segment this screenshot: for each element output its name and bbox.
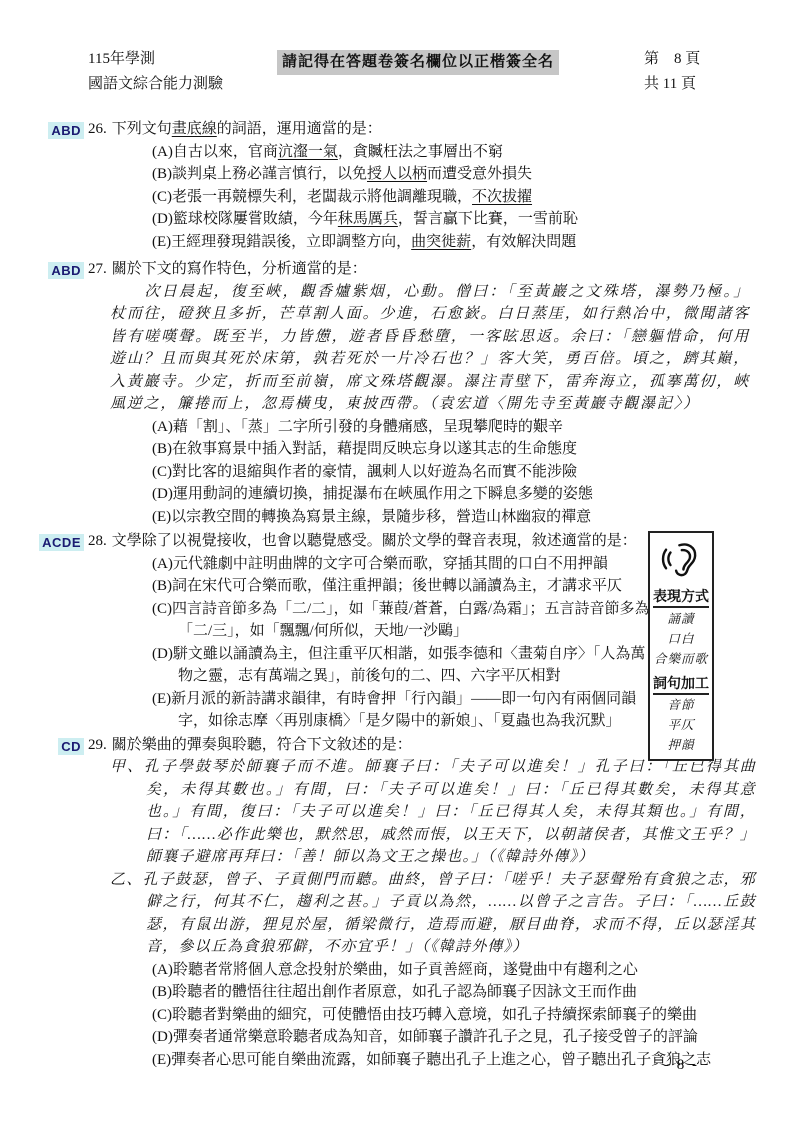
exam-id-block: 115年學測 國語文綜合能力測驗 bbox=[88, 47, 223, 97]
exam-subject: 國語文綜合能力測驗 bbox=[88, 72, 223, 97]
option-label: (B) bbox=[152, 441, 172, 457]
q28-option-d: (D)駢文雖以誦讀為主，但注重平仄相諧，如張李德和〈畫菊自序〉「人為萬物之靈，志… bbox=[152, 643, 652, 688]
box-title-expression: 表現方式 bbox=[653, 587, 709, 608]
q27-stem-text: 關於下文的寫作特色，分析適當的是： bbox=[112, 261, 367, 277]
q28-concept-box: 表現方式 誦讀 口白 合樂而歌 詞句加工 音節 平仄 押韻 bbox=[648, 531, 714, 761]
box-item: 平仄 bbox=[650, 715, 712, 735]
option-label: (D) bbox=[152, 486, 173, 502]
option-text: ，誓言贏下比賽，一雪前恥 bbox=[398, 211, 578, 227]
box-item: 音節 bbox=[650, 695, 712, 715]
q26-answer-badge: ABD bbox=[48, 122, 84, 139]
option-label: (A) bbox=[152, 419, 173, 435]
q27-option-b: (B)在敘事寫景中插入對話，藉提問反映忘身以遂其志的生命態度 bbox=[152, 438, 756, 461]
question-27: ABD 27.關於下文的寫作特色，分析適當的是： 次日晨起，復至峽，觀香爐紫烟，… bbox=[0, 258, 800, 528]
q29-option-c: (C)聆聽者對樂曲的細究，可使體悟由技巧轉入意境，如孔子持續探索師襄子的樂曲 bbox=[152, 1004, 756, 1027]
option-label: (D) bbox=[152, 211, 173, 227]
q26-stem: 26.下列文句畫底線的詞語，運用適當的是： bbox=[88, 118, 756, 141]
option-text: 元代雜劇中註明曲牌的文字可合樂而歌，穿插其間的口白不用押韻 bbox=[173, 556, 608, 572]
q29-answer-badge: CD bbox=[58, 738, 84, 755]
option-label: (D) bbox=[152, 1029, 173, 1045]
option-text: 藉「割」、「蒸」二字所引發的身體痛感，呈現攀爬時的艱辛 bbox=[173, 419, 563, 435]
option-label: (B) bbox=[152, 984, 172, 1000]
option-label: (A) bbox=[152, 556, 173, 572]
q26-option-b: (B)談判桌上務必謹言慎行，以免授人以柄而遭受意外損失 bbox=[152, 163, 756, 186]
exam-year: 115年學測 bbox=[88, 47, 223, 72]
option-label: (B) bbox=[152, 166, 172, 182]
option-text: 新月派的新詩講求韻律，有時會押「行內韻」——即一句內有兩個同韻字，如徐志摩〈再別… bbox=[171, 691, 636, 730]
question-29: CD 29.關於樂曲的彈奏與聆聽，符合下文敘述的是： 甲、孔子學鼓琴於師襄子而不… bbox=[0, 734, 800, 1072]
q26-number: 26. bbox=[88, 121, 107, 137]
option-text: 老張一再競標失利，老闆裁示將他調離現職， bbox=[172, 189, 472, 205]
question-26: ABD 26.下列文句畫底線的詞語，運用適當的是： (A)自古以來，官商沆瀣一氣… bbox=[0, 118, 800, 253]
option-label: (C) bbox=[152, 189, 172, 205]
option-text: 王經理發現錯誤後，立即調整方向， bbox=[171, 234, 411, 250]
option-text: 駢文雖以誦讀為主，但注重平仄相諧，如張李德和〈畫菊自序〉「人為萬物之靈，志有萬端… bbox=[173, 646, 646, 685]
q29-number: 29. bbox=[88, 737, 107, 753]
q26-stem-underlined: 畫底線 bbox=[172, 121, 217, 137]
option-label: (E) bbox=[152, 234, 171, 250]
q27-option-d: (D)運用動詞的連續切換，捕捉瀑布在峽風作用之下瞬息多變的姿態 bbox=[152, 483, 756, 506]
box-title-processing: 詞句加工 bbox=[653, 674, 709, 695]
q28-answer: ACDE bbox=[0, 532, 84, 555]
option-text: 聆聽者常將個人意念投射於樂曲，如子貢善經商，遂覺曲中有趨利之心 bbox=[173, 962, 638, 978]
option-text: 自古以來，官商 bbox=[173, 144, 278, 160]
q29-passage-yi: 乙、孔子鼓瑟，曾子、子貢側門而聽。曲終，曾子曰：「嗟乎！夫子瑟聲殆有貪狼之志，邪… bbox=[110, 869, 756, 959]
q27-options: (A)藉「割」、「蒸」二字所引發的身體痛感，呈現攀爬時的艱辛 (B)在敘事寫景中… bbox=[152, 416, 756, 529]
q27-answer-badge: ABD bbox=[48, 262, 84, 279]
option-underlined: 沆瀣一氣 bbox=[278, 144, 338, 160]
q27-answer: ABD bbox=[0, 260, 84, 283]
option-text: 籃球校隊屢嘗敗績，今年 bbox=[173, 211, 338, 227]
option-label: (B) bbox=[152, 578, 172, 594]
option-label: (E) bbox=[152, 1052, 171, 1068]
exam-page: 115年學測 國語文綜合能力測驗 請記得在答題卷簽名欄位以正楷簽全名 第 8 頁… bbox=[0, 0, 800, 1131]
option-text: ，貪贓枉法之事層出不窮 bbox=[338, 144, 503, 160]
option-label: (E) bbox=[152, 691, 171, 707]
option-text: 聆聽者的體悟往往超出創作者原意，如孔子認為師襄子因詠文王而作曲 bbox=[172, 984, 637, 1000]
signature-notice: 請記得在答題卷簽名欄位以正楷簽全名 bbox=[277, 50, 559, 75]
option-text: 對比客的退縮與作者的豪情，諷刺人以好遊為名而實不能涉險 bbox=[172, 464, 577, 480]
page-indicator: 第 8 頁 共 11 頁 bbox=[644, 47, 700, 97]
option-underlined: 秣馬厲兵 bbox=[338, 211, 398, 227]
q28-option-c: (C)四言詩音節多為「二/二」，如「蒹葭/蒼蒼，白露/為霜」；五言詩音節多為「二… bbox=[152, 598, 652, 643]
q28-answer-badge: ACDE bbox=[39, 534, 84, 551]
option-label: (C) bbox=[152, 1007, 172, 1023]
q27-stem: 27.關於下文的寫作特色，分析適當的是： bbox=[88, 258, 756, 281]
box-item: 誦讀 bbox=[650, 609, 712, 629]
q27-option-a: (A)藉「割」、「蒸」二字所引發的身體痛感，呈現攀爬時的艱辛 bbox=[152, 416, 756, 439]
q28-number: 28. bbox=[88, 533, 107, 549]
option-label: (C) bbox=[152, 464, 172, 480]
q27-number: 27. bbox=[88, 261, 107, 277]
q27-option-e: (E)以宗教空間的轉換為寫景主線，景隨步移，營造山林幽寂的禪意 bbox=[152, 506, 756, 529]
q27-option-c: (C)對比客的退縮與作者的豪情，諷刺人以好遊為名而實不能涉險 bbox=[152, 461, 756, 484]
q26-option-c: (C)老張一再競標失利，老闆裁示將他調離現職，不次拔擢 bbox=[152, 186, 756, 209]
option-label: (C) bbox=[152, 601, 172, 617]
option-label: (A) bbox=[152, 962, 173, 978]
q27-passage: 次日晨起，復至峽，觀香爐紫烟，心動。僧曰：「至黃巖之文殊塔，瀑勢乃極。」杖而往，… bbox=[110, 281, 750, 416]
option-text: 聆聽者對樂曲的細究，可使體悟由技巧轉入意境，如孔子持續探索師襄子的樂曲 bbox=[172, 1007, 697, 1023]
option-underlined: 授人以柄 bbox=[367, 166, 427, 182]
q26-stem-pre: 下列文句 bbox=[112, 121, 172, 137]
q26-options: (A)自古以來，官商沆瀣一氣，貪贓枉法之事層出不窮 (B)談判桌上務必謹言慎行，… bbox=[152, 141, 756, 254]
option-text: 談判桌上務必謹言慎行，以免 bbox=[172, 166, 367, 182]
option-text: ，有效解決問題 bbox=[471, 234, 576, 250]
q28-option-e: (E)新月派的新詩講求韻律，有時會押「行內韻」——即一句內有兩個同韻字，如徐志摩… bbox=[152, 688, 652, 733]
option-text: 運用動詞的連續切換，捕捉瀑布在峽風作用之下瞬息多變的姿態 bbox=[173, 486, 593, 502]
option-text: 而遭受意外損失 bbox=[427, 166, 532, 182]
option-text: 彈奏者心思可能自樂曲流露，如師襄子聽出孔子上進之心，曾子聽出孔子貪狼之志 bbox=[171, 1052, 711, 1068]
box-item: 合樂而歌 bbox=[650, 649, 712, 669]
q28-option-b: (B)詞在宋代可合樂而歌，僅注重押韻；後世轉以誦讀為主，才講求平仄 bbox=[152, 575, 652, 598]
q26-answer: ABD bbox=[0, 120, 84, 143]
option-text: 彈奏者通常樂意聆聽者成為知音，如師襄子讚許孔子之見，孔子接受曾子的評論 bbox=[173, 1029, 698, 1045]
q29-answer: CD bbox=[0, 736, 84, 759]
q26-option-d: (D)籃球校隊屢嘗敗績，今年秣馬厲兵，誓言贏下比賽，一雪前恥 bbox=[152, 208, 756, 231]
option-label: (A) bbox=[152, 144, 173, 160]
option-text: 四言詩音節多為「二/二」，如「蒹葭/蒼蒼，白露/為霜」；五言詩音節多為「二/三」… bbox=[172, 601, 650, 640]
option-label: (E) bbox=[152, 509, 171, 525]
option-underlined: 曲突徙薪 bbox=[411, 234, 471, 250]
q26-stem-post: 的詞語，運用適當的是： bbox=[217, 121, 382, 137]
option-underlined: 不次拔擢 bbox=[472, 189, 532, 205]
ear-icon bbox=[650, 538, 712, 582]
option-text: 詞在宋代可合樂而歌，僅注重押韻；後世轉以誦讀為主，才講求平仄 bbox=[172, 578, 622, 594]
option-label: (D) bbox=[152, 646, 173, 662]
q26-option-e: (E)王經理發現錯誤後，立即調整方向，曲突徙薪，有效解決問題 bbox=[152, 231, 756, 254]
option-text: 以宗教空間的轉換為寫景主線，景隨步移，營造山林幽寂的禪意 bbox=[171, 509, 591, 525]
page-number: - 8 - bbox=[664, 1054, 699, 1077]
box-item: 口白 bbox=[650, 629, 712, 649]
page-current: 第 8 頁 bbox=[644, 47, 700, 72]
q29-option-b: (B)聆聽者的體悟往往超出創作者原意，如孔子認為師襄子因詠文王而作曲 bbox=[152, 981, 756, 1004]
q28-stem-text: 文學除了以視覺接收，也會以聽覺感受。關於文學的聲音表現，敘述適當的是： bbox=[112, 533, 637, 549]
box-item: 押韻 bbox=[650, 735, 712, 755]
q28-option-a: (A)元代雜劇中註明曲牌的文字可合樂而歌，穿插其間的口白不用押韻 bbox=[152, 553, 652, 576]
option-text: 在敘事寫景中插入對話，藉提問反映忘身以遂其志的生命態度 bbox=[172, 441, 577, 457]
q29-option-a: (A)聆聽者常將個人意念投射於樂曲，如子貢善經商，遂覺曲中有趨利之心 bbox=[152, 959, 756, 982]
q26-option-a: (A)自古以來，官商沆瀣一氣，貪贓枉法之事層出不窮 bbox=[152, 141, 756, 164]
page-total: 共 11 頁 bbox=[644, 72, 700, 97]
q28-options: (A)元代雜劇中註明曲牌的文字可合樂而歌，穿插其間的口白不用押韻 (B)詞在宋代… bbox=[152, 553, 652, 733]
q29-passage-jia: 甲、孔子學鼓琴於師襄子而不進。師襄子曰：「夫子可以進矣！」孔子曰：「丘已得其曲矣… bbox=[110, 756, 756, 869]
q29-option-d: (D)彈奏者通常樂意聆聽者成為知音，如師襄子讚許孔子之見，孔子接受曾子的評論 bbox=[152, 1026, 756, 1049]
q29-stem-text: 關於樂曲的彈奏與聆聽，符合下文敘述的是： bbox=[112, 737, 412, 753]
